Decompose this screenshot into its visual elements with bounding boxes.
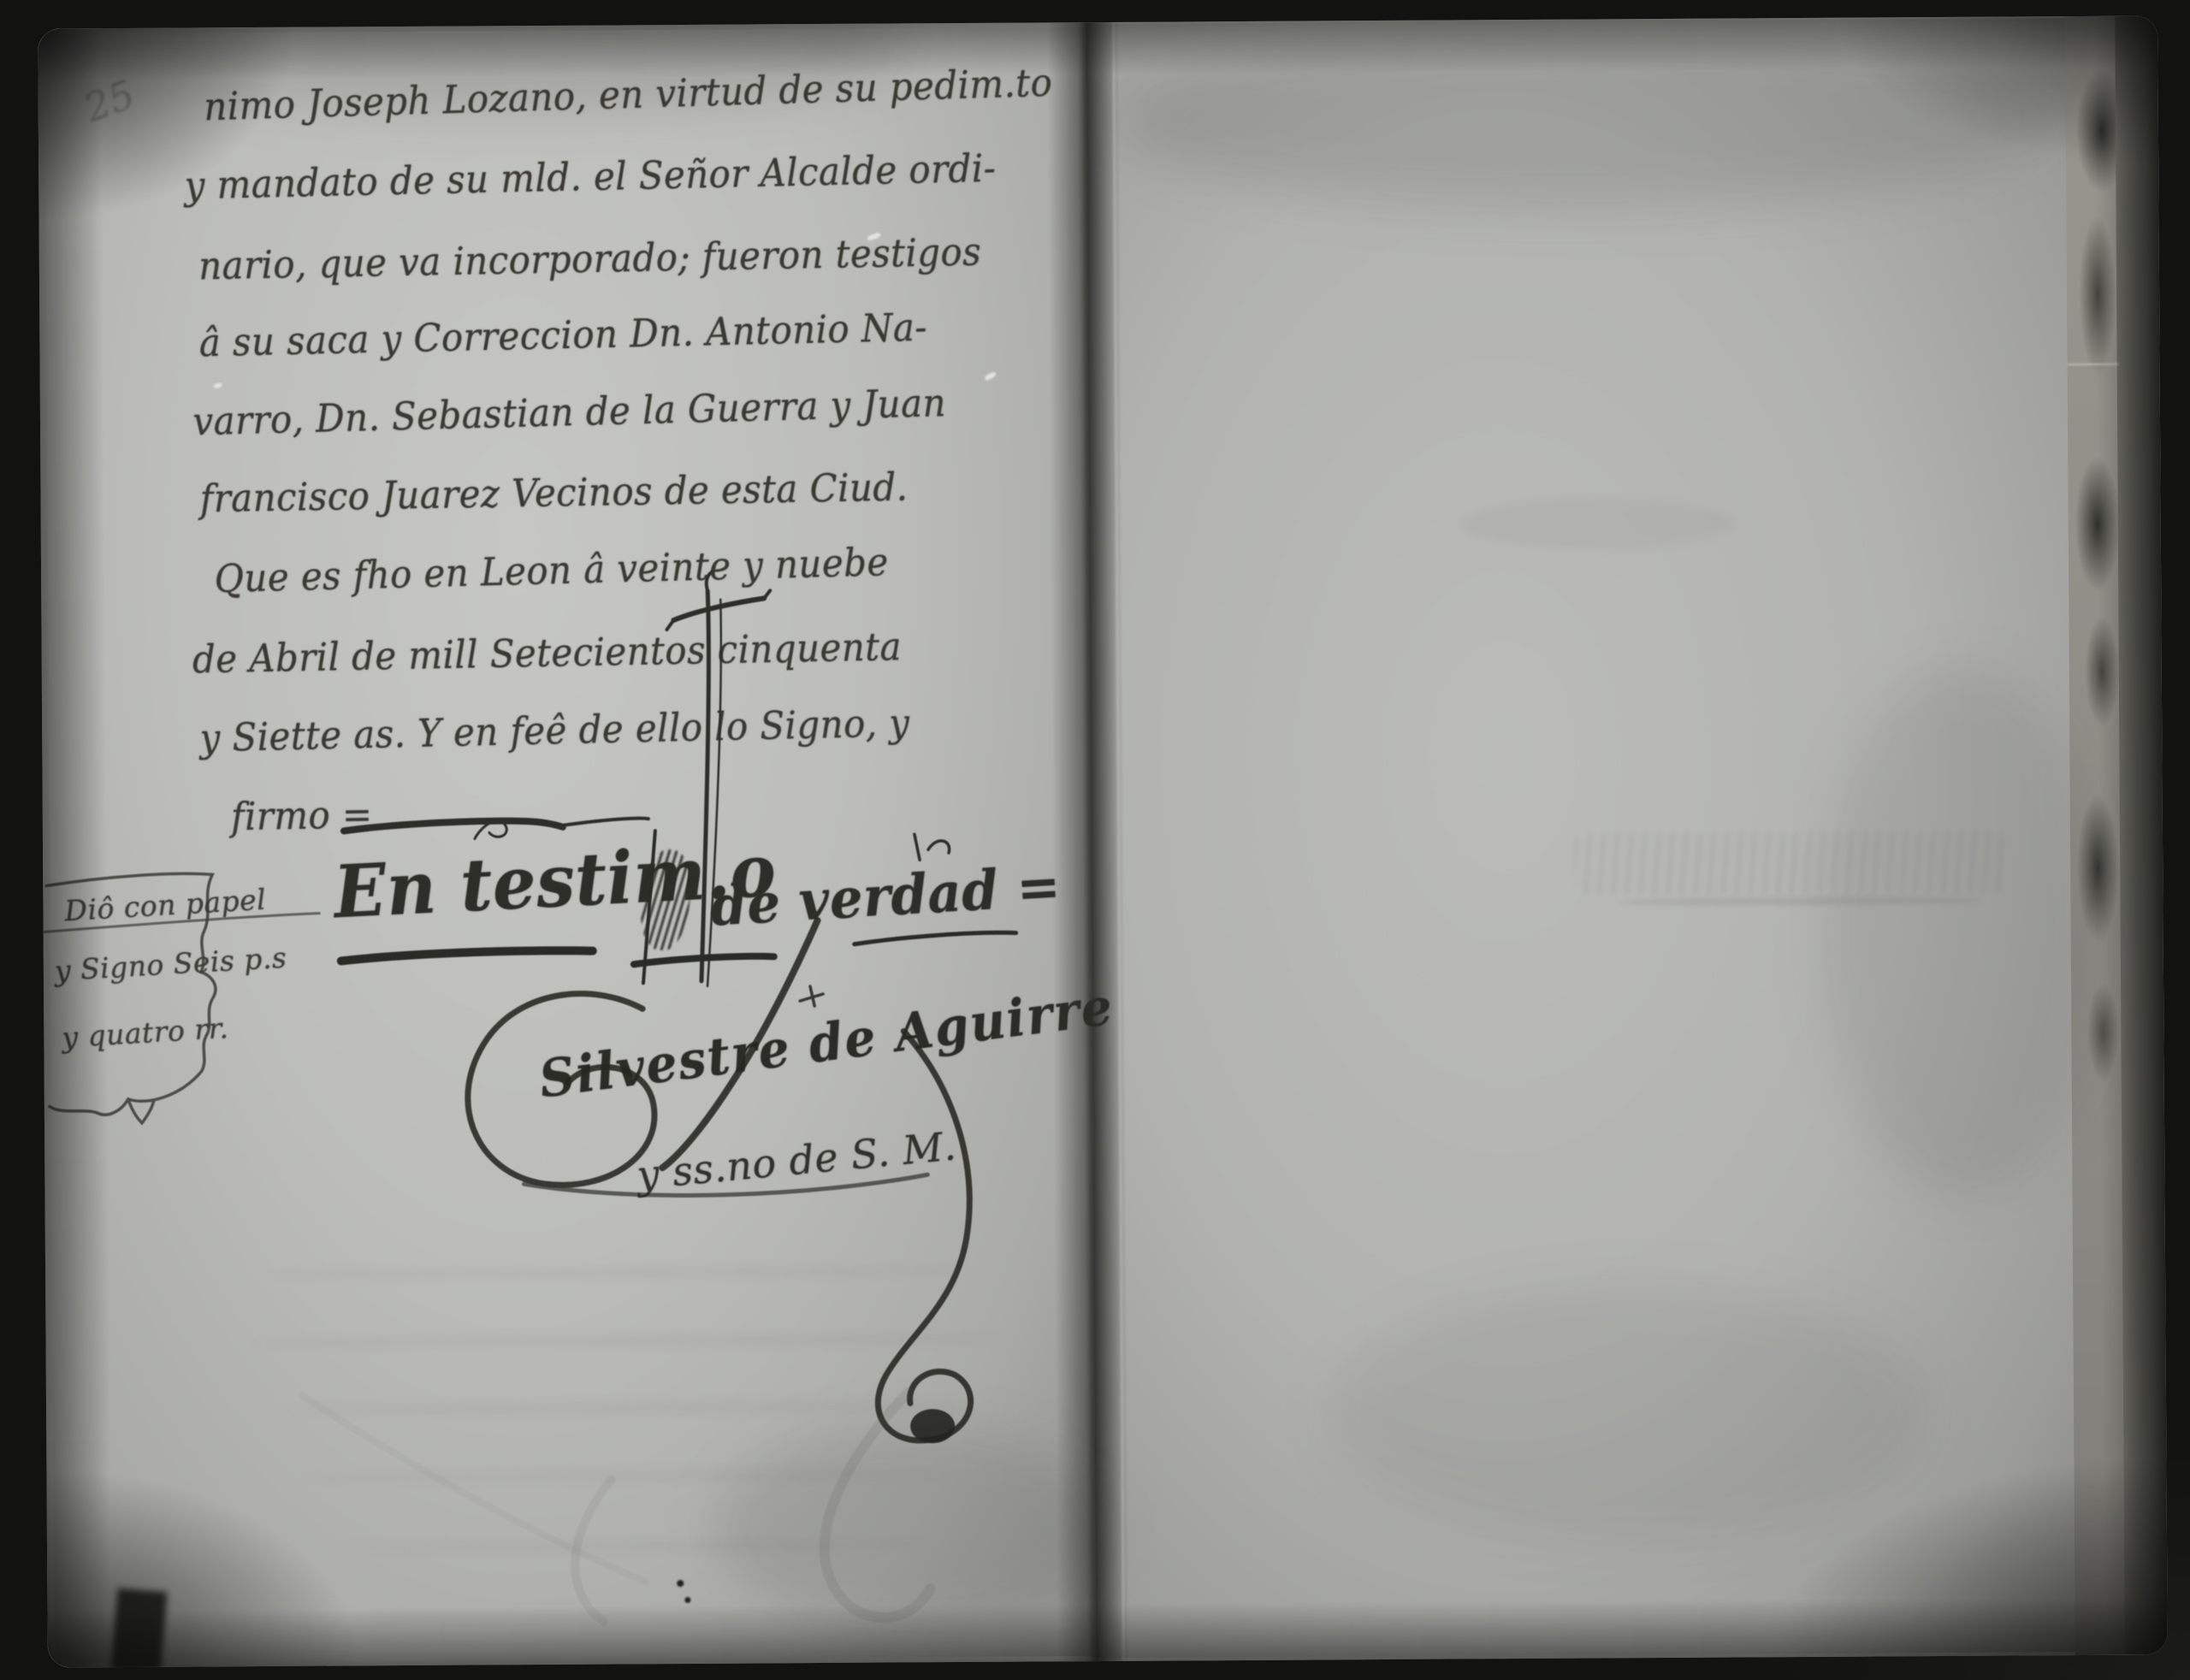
ghost-curl <box>303 1392 931 1623</box>
attestation-flourish-mark <box>914 834 950 860</box>
ink-strokes-overlay <box>38 15 2168 1667</box>
notarial-cross <box>666 571 772 986</box>
margin-connector-rule <box>43 914 320 932</box>
attestation-underlines <box>340 829 1016 985</box>
firmo-rule <box>344 819 648 840</box>
microfilm-frame: 25 nimo Joseph Lozano, en virtud de su p… <box>0 0 2190 1680</box>
signature-flourish <box>467 920 971 1443</box>
manuscript-book-spread: 25 nimo Joseph Lozano, en virtud de su p… <box>38 15 2168 1667</box>
signature-ink-blob <box>910 1409 955 1443</box>
margin-note-box <box>46 873 216 1123</box>
